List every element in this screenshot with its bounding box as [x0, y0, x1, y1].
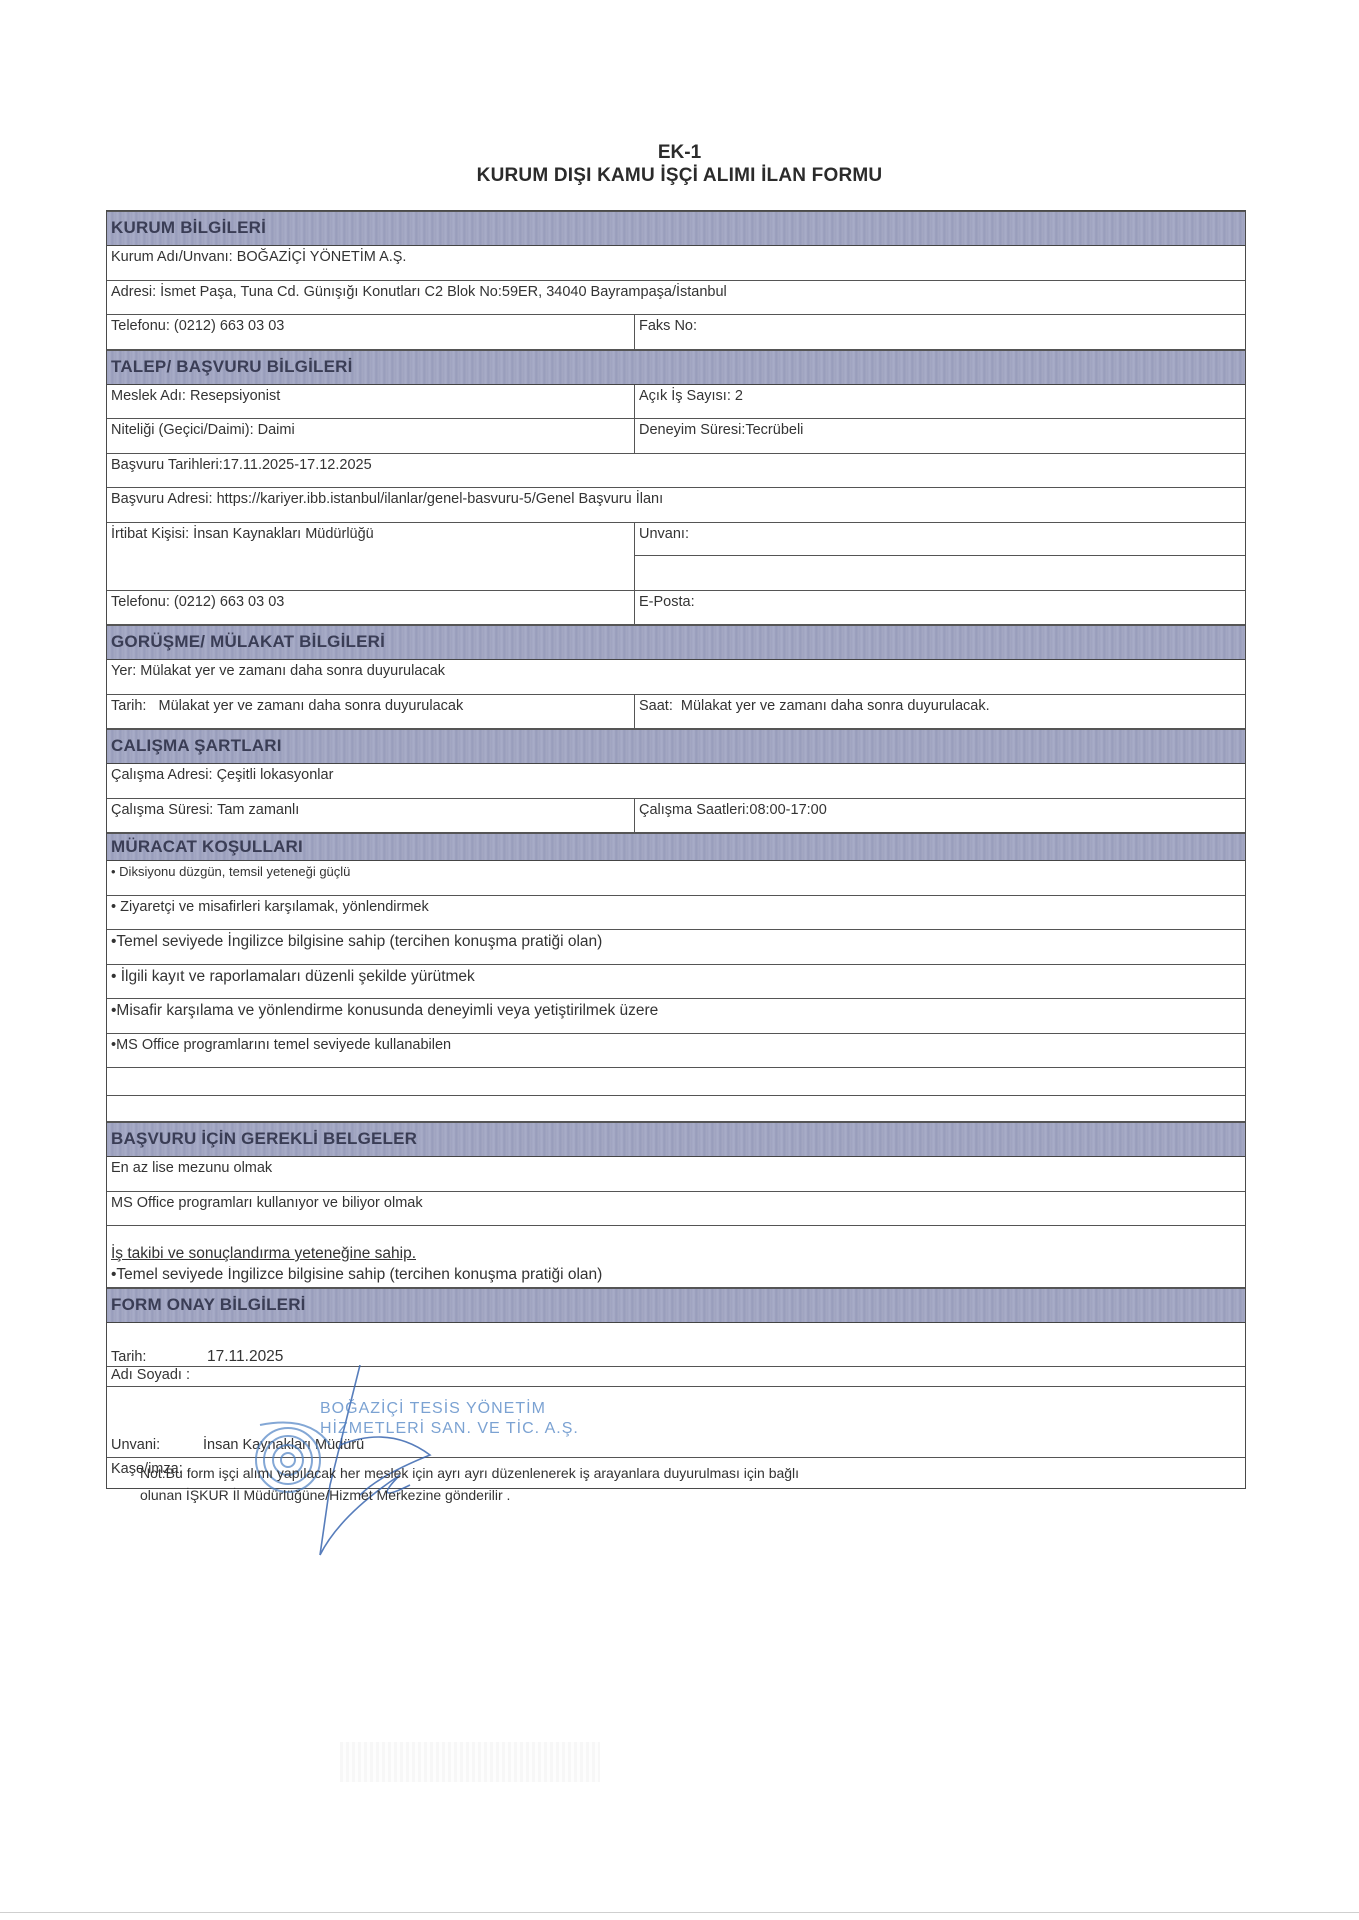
row-kurum-name: Kurum Adı/Unvanı: BOĞAZİÇİ YÖNETİM A.Ş.: [107, 246, 1245, 281]
note-line-2: olunan İŞKUR İl Müdürlüğüne/Hizmet Merke…: [140, 1484, 799, 1506]
annex-label: EK-1: [0, 142, 1359, 164]
stamp-company-line2: HİZMETLERİ SAN. VE TİC. A.Ş.: [320, 1420, 579, 1438]
experience-field: Deneyim Süresi:Tecrübeli: [635, 419, 1245, 453]
requirement-item: •Misafir karşılama ve yönlendirme konusu…: [107, 999, 1245, 1034]
document-text: •Temel seviyede İngilizce bilgisine sahi…: [107, 1266, 1245, 1287]
section-title: KURUM BİLGİLERİ: [107, 212, 1245, 245]
section-header-mulakat: GORÜŞME/ MÜLAKAT BİLGİLERİ: [107, 625, 1245, 660]
row-contact: İrtibat Kişisi: İnsan Kaynakları Müdürlü…: [107, 523, 1245, 591]
approval-date-label: Tarih:: [111, 1349, 207, 1365]
section-header-belgeler: BAŞVURU İÇİN GEREKLİ BELGELER: [107, 1122, 1245, 1157]
section-header-onay: FORM ONAY BİLGİLERİ: [107, 1288, 1245, 1323]
note-line-1: Not:Bu form işçi alımı yapılacak her mes…: [140, 1462, 799, 1484]
requirement-text: •MS Office programlarını temel seviyede …: [107, 1034, 1245, 1068]
row-work-duration: Çalışma Süresi: Tam zamanlı Çalışma Saat…: [107, 799, 1245, 834]
requirement-text: •Temel seviyede İngilizce bilgisine sahi…: [107, 930, 1245, 964]
approval-title: Unvani:İnsan Kaynakları Müdürü: [107, 1434, 1245, 1457]
requirement-item: •MS Office programlarını temel seviyede …: [107, 1034, 1245, 1069]
requirement-item: •Temel seviyede İngilizce bilgisine sahi…: [107, 930, 1245, 965]
open-positions-field: Açık İş Sayısı: 2: [635, 385, 1245, 419]
contact-email-field: E-Posta:: [635, 591, 1245, 625]
kurum-fax-field: Faks No:: [635, 315, 1245, 349]
approval-name: Adı Soyadı :: [107, 1366, 1245, 1386]
nature-field: Niteliği (Geçici/Daimi): Daimi: [107, 419, 635, 453]
document-text: MS Office programları kullanıyor ve bili…: [107, 1192, 1245, 1226]
approval-title-label: Unvani:: [111, 1437, 203, 1453]
section-title: GORÜŞME/ MÜLAKAT BİLGİLERİ: [107, 626, 1245, 659]
row-contact-phone: Telefonu: (0212) 663 03 03 E-Posta:: [107, 591, 1245, 626]
section-header-talep: TALEP/ BAŞVURU BİLGİLERİ: [107, 350, 1245, 385]
form-note: Not:Bu form işçi alımı yapılacak her mes…: [140, 1462, 799, 1506]
section-title: MÜRACAT KOŞULLARI: [107, 834, 1245, 860]
kurum-name-field: Kurum Adı/Unvanı: BOĞAZİÇİ YÖNETİM A.Ş.: [107, 246, 1245, 280]
requirement-item: • Ziyaretçi ve misafirleri karşılamak, y…: [107, 896, 1245, 931]
row-occupation: Meslek Adı: Resepsiyonist Açık İş Sayısı…: [107, 385, 1245, 420]
contact-title-split: Unvanı:: [635, 523, 1245, 590]
section-title: CALIŞMA ŞARTLARI: [107, 730, 1245, 763]
requirement-text: • Diksiyonu düzgün, temsil yeteneği güçl…: [107, 861, 1245, 895]
document-item: MS Office programları kullanıyor ve bili…: [107, 1192, 1245, 1227]
document-text: En az lise mezunu olmak: [107, 1157, 1245, 1191]
row-interview-date: Tarih: Mülakat yer ve zamanı daha sonra …: [107, 695, 1245, 730]
requirement-item: • Diksiyonu düzgün, temsil yeteneği güçl…: [107, 861, 1245, 896]
approval-date: Tarih:17.11.2025: [107, 1345, 1245, 1366]
application-dates-field: Başvuru Tarihleri:17.11.2025-17.12.2025: [107, 454, 1245, 488]
interview-place-field: Yer: Mülakat yer ve zamanı daha sonra du…: [107, 660, 1245, 694]
approval-name-label: Adı Soyadı :: [111, 1367, 190, 1383]
document-item-group: İş takibi ve sonuçlandırma yeteneğine sa…: [107, 1226, 1245, 1288]
requirement-item-empty: [107, 1068, 1245, 1096]
section-title: TALEP/ BAŞVURU BİLGİLERİ: [107, 351, 1245, 384]
application-address-field: Başvuru Adresi: https://kariyer.ibb.ista…: [107, 488, 1245, 522]
row-kurum-phone-fax: Telefonu: (0212) 663 03 03 Faks No:: [107, 315, 1245, 350]
form-title-block: EK-1 KURUM DIŞI KAMU İŞÇİ ALIMI İLAN FOR…: [0, 142, 1359, 188]
form-title: KURUM DIŞI KAMU İŞÇİ ALIMI İLAN FORMU: [0, 164, 1359, 188]
spacer-row: [107, 1096, 1245, 1122]
section-title: BAŞVURU İÇİN GEREKLİ BELGELER: [107, 1123, 1245, 1156]
row-approval-title: Unvani:İnsan Kaynakları Müdürü: [107, 1387, 1245, 1458]
work-duration-field: Çalışma Süresi: Tam zamanlı: [107, 799, 635, 833]
interview-time-field: Saat: Mülakat yer ve zamanı daha sonra d…: [635, 695, 1245, 729]
document-text: İş takibi ve sonuçlandırma yeteneğine sa…: [107, 1242, 1245, 1266]
contact-title-field: Unvanı:: [635, 523, 1245, 557]
requirement-text: [107, 1068, 1245, 1095]
row-interview-place: Yer: Mülakat yer ve zamanı daha sonra du…: [107, 660, 1245, 695]
stamp-company-line1: BOĞAZİÇİ TESİS YÖNETİM: [320, 1400, 546, 1418]
row-dates: Başvuru Tarihleri:17.11.2025-17.12.2025: [107, 454, 1245, 489]
kurum-address-field: Adresi: İsmet Paşa, Tuna Cd. Günışığı Ko…: [107, 281, 1245, 315]
kurum-phone-field: Telefonu: (0212) 663 03 03: [107, 315, 635, 349]
work-hours-field: Çalışma Saatleri:08:00-17:00: [635, 799, 1245, 833]
row-approval-date-name: Tarih:17.11.2025 Adı Soyadı :: [107, 1323, 1245, 1387]
row-work-address: Çalışma Adresi: Çeşitli lokasyonlar: [107, 764, 1245, 799]
interview-date-field: Tarih: Mülakat yer ve zamanı daha sonra …: [107, 695, 635, 729]
faint-bleedthrough-mark: [340, 1742, 600, 1782]
document-item: En az lise mezunu olmak: [107, 1157, 1245, 1192]
requirement-item: • İlgili kayıt ve raporlamaları düzenli …: [107, 965, 1245, 1000]
section-header-muracat: MÜRACAT KOŞULLARI: [107, 833, 1245, 861]
contact-person-field: İrtibat Kişisi: İnsan Kaynakları Müdürlü…: [107, 523, 635, 590]
section-title: FORM ONAY BİLGİLERİ: [107, 1289, 1245, 1322]
contact-title-empty: [635, 556, 1245, 589]
announcement-form-table: KURUM BİLGİLERİ Kurum Adı/Unvanı: BOĞAZİ…: [106, 210, 1246, 1489]
section-header-kurum: KURUM BİLGİLERİ: [107, 211, 1245, 246]
contact-phone-field: Telefonu: (0212) 663 03 03: [107, 591, 635, 625]
approval-date-value: 17.11.2025: [207, 1348, 283, 1365]
spacer-cell: [107, 1096, 1245, 1121]
work-address-field: Çalışma Adresi: Çeşitli lokasyonlar: [107, 764, 1245, 798]
row-kurum-address: Adresi: İsmet Paşa, Tuna Cd. Günışığı Ko…: [107, 281, 1245, 316]
requirement-text: • Ziyaretçi ve misafirleri karşılamak, y…: [107, 896, 1245, 930]
section-header-calisma: CALIŞMA ŞARTLARI: [107, 729, 1245, 764]
row-apply-address: Başvuru Adresi: https://kariyer.ibb.ista…: [107, 488, 1245, 523]
requirement-text: •Misafir karşılama ve yönlendirme konusu…: [107, 999, 1245, 1033]
occupation-field: Meslek Adı: Resepsiyonist: [107, 385, 635, 419]
approval-title-value: İnsan Kaynakları Müdürü: [203, 1437, 364, 1453]
row-nature: Niteliği (Geçici/Daimi): Daimi Deneyim S…: [107, 419, 1245, 454]
requirement-text: • İlgili kayıt ve raporlamaları düzenli …: [107, 965, 1245, 999]
page-bottom-edge: [0, 1912, 1359, 1913]
